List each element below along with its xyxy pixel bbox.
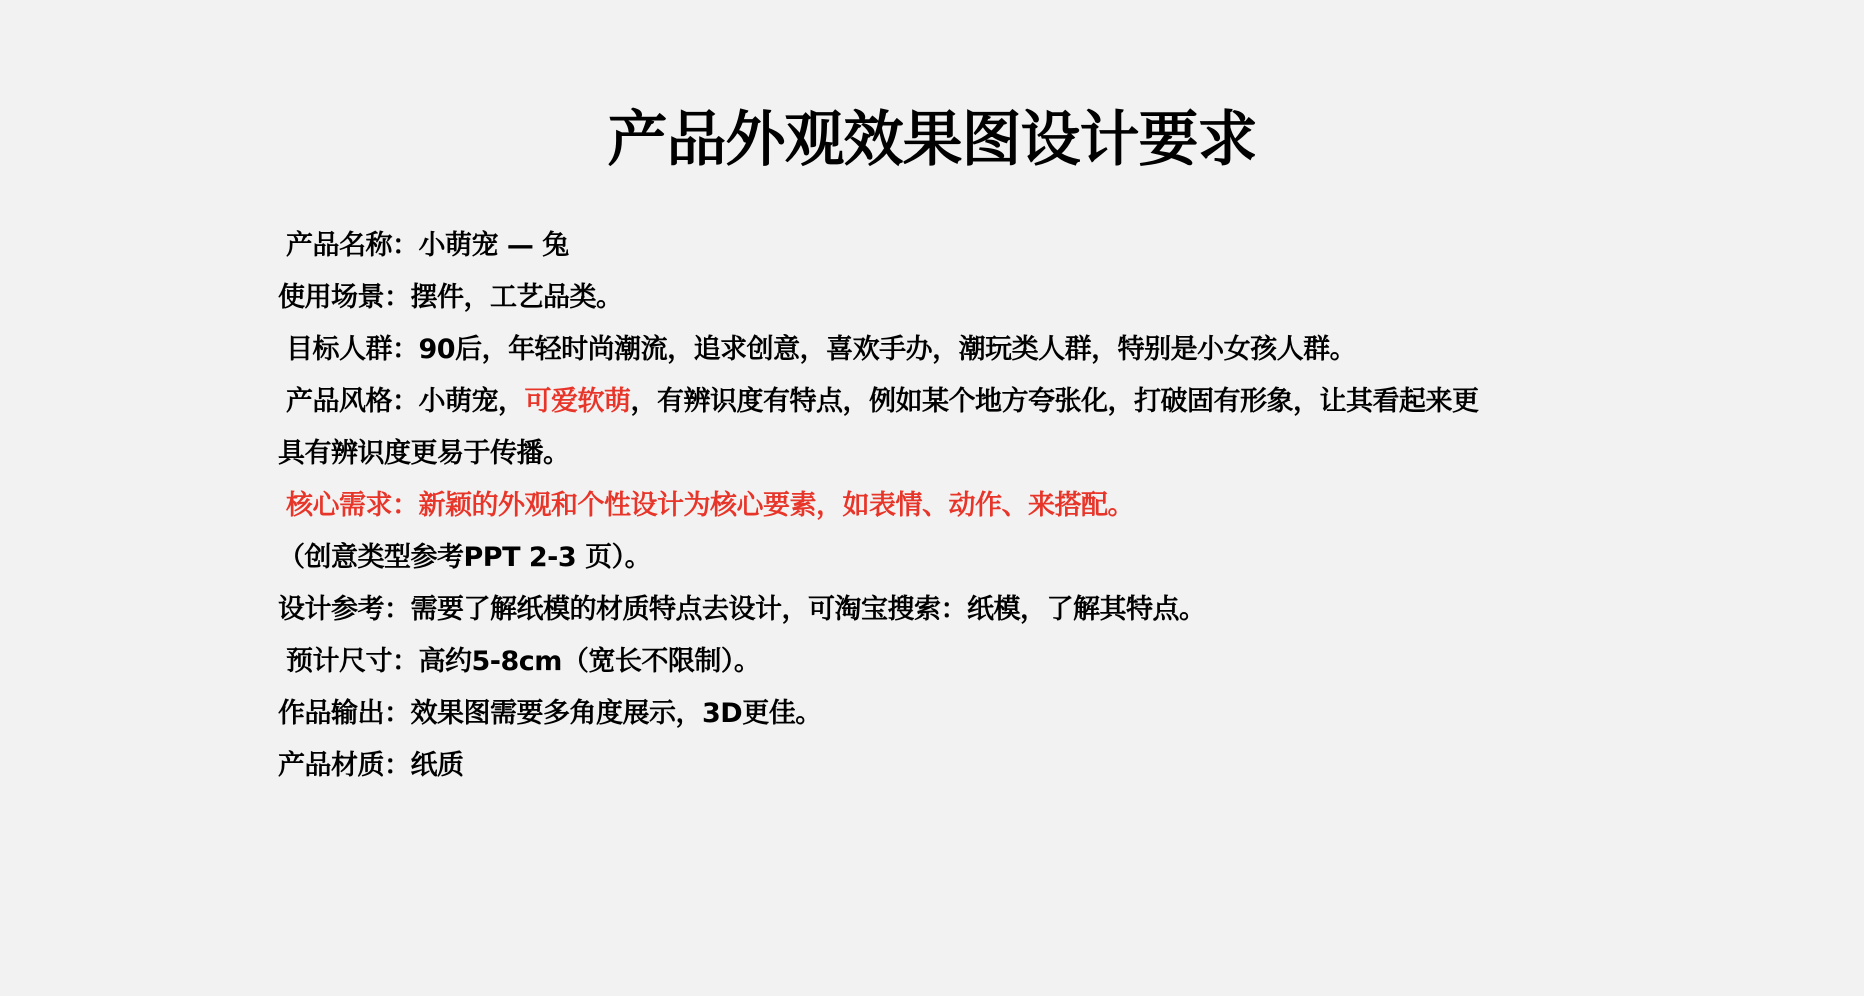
product-style-line: 产品风格：小萌宠，可爱软萌，有辨识度有特点，例如某个地方夸张化，打破固有形象，让… — [278, 376, 1618, 428]
label: 核心需求 — [286, 490, 392, 521]
product-name-line: 产品名称：小萌宠 — 兔 — [278, 220, 1618, 272]
usage-scene-line: 使用场景：摆件，工艺品类。 — [278, 272, 1618, 324]
label: 使用场景 — [278, 282, 384, 313]
product-style-line-wrap: 具有辨识度更易于传播。 — [278, 428, 1618, 480]
highlight-text: 可爱软萌 — [525, 386, 631, 417]
label: 产品风格 — [286, 386, 392, 417]
label: 设计参考 — [278, 594, 384, 625]
value: 需要了解纸模的材质特点去设计，可淘宝搜索：纸模，了解其特点。 — [411, 594, 1206, 625]
requirements-list: 产品名称：小萌宠 — 兔 使用场景：摆件，工艺品类。 目标人群：90后，年轻时尚… — [278, 220, 1618, 792]
design-reference-line: 设计参考：需要了解纸模的材质特点去设计，可淘宝搜索：纸模，了解其特点。 — [278, 584, 1618, 636]
core-requirement-line: 核心需求：新颖的外观和个性设计为核心要素，如表情、动作、来搭配。 — [278, 480, 1618, 532]
label: 产品材质 — [278, 750, 384, 781]
value: 小萌宠 — 兔 — [419, 230, 569, 261]
value: 纸质 — [411, 750, 464, 781]
label: 预计尺寸 — [286, 646, 392, 677]
target-audience-line: 目标人群：90后，年轻时尚潮流，追求创意，喜欢手办，潮玩类人群，特别是小女孩人群… — [278, 324, 1618, 376]
estimated-size-line: 预计尺寸：高约5-8cm（宽长不限制）。 — [278, 636, 1618, 688]
core-requirement-line-wrap: （创意类型参考PPT 2-3 页）。 — [278, 532, 1618, 584]
value: 高约5-8cm（宽长不限制）。 — [419, 646, 761, 677]
label: 产品名称 — [286, 230, 392, 261]
page-title: 产品外观效果图设计要求 — [0, 100, 1864, 180]
label: 目标人群 — [286, 334, 392, 365]
value: 90后，年轻时尚潮流，追求创意，喜欢手办，潮玩类人群，特别是小女孩人群。 — [419, 334, 1357, 365]
label: 作品输出 — [278, 698, 384, 729]
value: 新颖的外观和个性设计为核心要素，如表情、动作、来搭配。 — [419, 490, 1135, 521]
value: 摆件，工艺品类。 — [411, 282, 623, 313]
value: 效果图需要多角度展示，3D更佳。 — [411, 698, 822, 729]
material-line: 产品材质：纸质 — [278, 740, 1618, 792]
output-line: 作品输出：效果图需要多角度展示，3D更佳。 — [278, 688, 1618, 740]
